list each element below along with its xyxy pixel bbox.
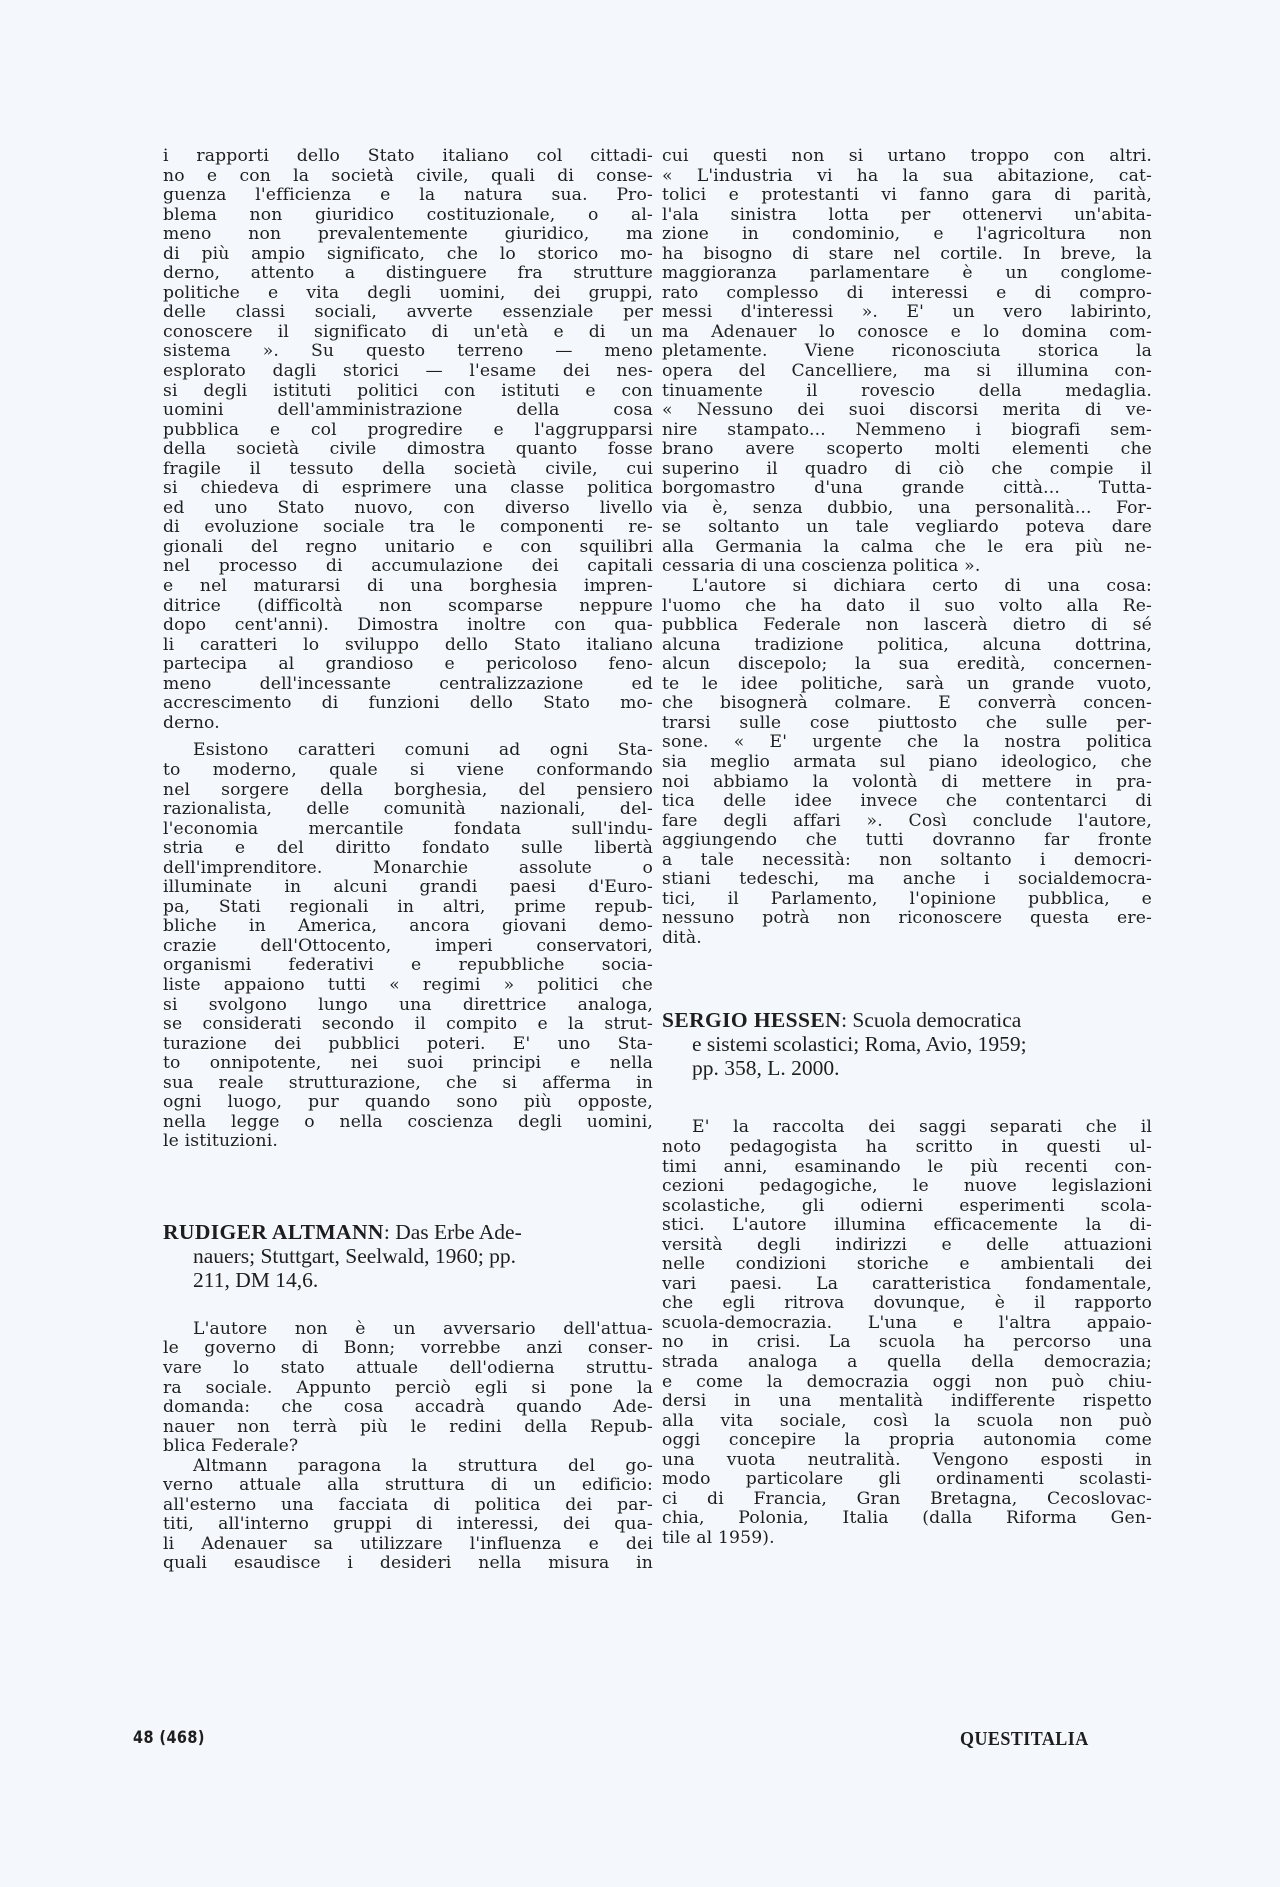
text-line: « Nessuno dei suoi discorsi merita di ve… <box>662 401 1152 421</box>
text-line: guenza l'efficienza e la natura sua. Pro… <box>163 186 653 206</box>
text-line: sua reale strutturazione, che si afferma… <box>163 1074 653 1094</box>
text-line: dersi in una mentalità indifferente risp… <box>662 1392 1152 1412</box>
text-line: razionalista, delle comunità nazionali, … <box>163 800 653 820</box>
text-line: ed uno Stato nuovo, con diverso livello <box>163 499 653 519</box>
text-line: uomini dell'amministrazione della cosa <box>163 401 653 421</box>
text-line: crazie dell'Ottocento, imperi conservato… <box>163 937 653 957</box>
left-column: i rapporti dello Stato italiano col citt… <box>163 147 653 1574</box>
text-line: sone. « E' urgente che la nostra politic… <box>662 733 1152 753</box>
text-line: dità. <box>662 929 1152 949</box>
text-line: illuminate in alcuni grandi paesi d'Euro… <box>163 878 653 898</box>
text-line: una vuota neutralità. Vengono esposti in <box>662 1451 1152 1471</box>
text-line: to onnipotente, nei suoi principi e nell… <box>163 1054 653 1074</box>
text-line: dopo cent'anni). Dimostra inoltre con qu… <box>163 616 653 636</box>
text-line: chia, Polonia, Italia (dalla Riforma Gen… <box>662 1509 1152 1529</box>
review-altmann-paragraph-2: Altmann paragona la struttura del go-ver… <box>163 1457 653 1574</box>
text-line: L'autore si dichiara certo di una cosa: <box>662 577 1152 597</box>
text-line: meno dell'incessante centralizzazione ed <box>163 675 653 695</box>
text-line: nel processo di accumulazione dei capita… <box>163 557 653 577</box>
text-line: nire stampato... Nemmeno i biografi sem- <box>662 421 1152 441</box>
text-line: derno, attento a distinguere fra struttu… <box>163 264 653 284</box>
review-author: SERGIO HESSEN <box>662 1008 841 1032</box>
text-line: oggi concepire la propria autonomia come <box>662 1431 1152 1451</box>
text-line: conoscere il significato di un'età e di … <box>163 323 653 343</box>
text-line: le governo di Bonn; vorrebbe anzi conser… <box>163 1339 653 1359</box>
text-line: noi abbiamo la volontà di mettere in pra… <box>662 773 1152 793</box>
text-line: ha bisogno di stare nel cortile. In brev… <box>662 245 1152 265</box>
right-column: cui questi non si urtano troppo con altr… <box>662 147 1152 1548</box>
text-line: sia meglio armata sul piano ideologico, … <box>662 753 1152 773</box>
text-line: E' la raccolta dei saggi separati che il <box>662 1118 1152 1138</box>
text-line: esplorato dagli storici — l'esame dei ne… <box>163 362 653 382</box>
text-line: che bisognerà colmare. E converrà concen… <box>662 694 1152 714</box>
text-line: dell'imprenditore. Monarchie assolute o <box>163 859 653 879</box>
text-line: a tale necessità: non soltanto i democri… <box>662 851 1152 871</box>
text-line: che egli ritrova dovunque, è il rapporto <box>662 1294 1152 1314</box>
text-line: « L'industria vi ha la sua abitazione, c… <box>662 167 1152 187</box>
text-line: blica Federale? <box>163 1437 653 1457</box>
text-line: nelle condizioni storiche e ambientali d… <box>662 1255 1152 1275</box>
text-line: l'economia mercantile fondata sull'indu- <box>163 820 653 840</box>
text-line: partecipa al grandioso e pericoloso feno… <box>163 655 653 675</box>
text-line: to moderno, quale si viene conformando <box>163 761 653 781</box>
text-line: e come la democrazia oggi non può chiu- <box>662 1373 1152 1393</box>
text-line: pubblica Federale non lascerà dietro di … <box>662 616 1152 636</box>
text-line: tici, il Parlamento, l'opinione pubblica… <box>662 890 1152 910</box>
text-line: scuola-democrazia. L'una e l'altra appai… <box>662 1314 1152 1334</box>
text-line: se soltanto un tale vegliardo poteva dar… <box>662 518 1152 538</box>
text-line: pletamente. Viene riconosciuta storica l… <box>662 342 1152 362</box>
text-line: liste appaiono tutti « regimi » politici… <box>163 976 653 996</box>
text-line: stria e del diritto fondato sulle libert… <box>163 839 653 859</box>
continued-paragraph: i rapporti dello Stato italiano col citt… <box>163 147 653 733</box>
text-line: cezioni pedagogiche, le nuove legislazio… <box>662 1177 1152 1197</box>
text-line: alla Germania la calma che le era più ne… <box>662 538 1152 558</box>
text-line: si degli istituti politici con istituti … <box>163 382 653 402</box>
review-altmann-continued: cui questi non si urtano troppo con altr… <box>662 147 1152 577</box>
text-line: stiani tedeschi, ma anche i socialdemocr… <box>662 870 1152 890</box>
text-line: i rapporti dello Stato italiano col citt… <box>163 147 653 167</box>
text-line: nauer non terrà più le redini della Repu… <box>163 1418 653 1438</box>
text-line: accrescimento di funzioni dello Stato mo… <box>163 694 653 714</box>
text-line: pubblica e col progredire e l'aggruppars… <box>163 421 653 441</box>
text-line: gionali del regno unitario e con squilib… <box>163 538 653 558</box>
text-line: messi d'interessi ». E' un vero labirint… <box>662 303 1152 323</box>
text-line: blema non giuridico costituzionale, o al… <box>163 206 653 226</box>
text-line: ci di Francia, Gran Bretagna, Cecoslovac… <box>662 1490 1152 1510</box>
text-line: versità degli indirizzi e delle attuazio… <box>662 1236 1152 1256</box>
text-line: nel sorgere della borghesia, del pensier… <box>163 781 653 801</box>
text-line: ditrice (difficoltà non scomparse neppur… <box>163 597 653 617</box>
text-line: della società civile dimostra quanto fos… <box>163 440 653 460</box>
text-line: Altmann paragona la struttura del go- <box>163 1457 653 1477</box>
text-line: sistema ». Su questo terreno — meno <box>163 342 653 362</box>
text-line: timi anni, esaminando le più recenti con… <box>662 1158 1152 1178</box>
text-line: scolastiche, gli odierni esperimenti sco… <box>662 1197 1152 1217</box>
text-line: alcuna tradizione politica, alcuna dottr… <box>662 636 1152 656</box>
text-line: pa, Stati regionali in altri, prime repu… <box>163 898 653 918</box>
text-line: no in crisi. La scuola ha percorso una <box>662 1333 1152 1353</box>
publication-title: QUESTITALIA <box>960 1728 1089 1751</box>
text-line: no e con la società civile, quali di con… <box>163 167 653 187</box>
text-line: organismi federativi e repubbliche socia… <box>163 956 653 976</box>
text-line: vari paesi. La caratteristica fondamenta… <box>662 1275 1152 1295</box>
review-altmann-paragraph-3: L'autore si dichiara certo di una cosa:l… <box>662 577 1152 948</box>
text-line: alla vita sociale, così la scuola non pu… <box>662 1412 1152 1432</box>
text-line: di più ampio significato, che lo storico… <box>163 245 653 265</box>
text-line: tica delle idee invece che contentarci d… <box>662 792 1152 812</box>
text-line: ogni luogo, pur quando sono più opposte, <box>163 1093 653 1113</box>
review-hessen-paragraph-1: E' la raccolta dei saggi separati che il… <box>662 1118 1152 1548</box>
text-line: borgomastro d'una grande città... Tutta- <box>662 479 1152 499</box>
text-line: vare lo stato attuale dell'odierna strut… <box>163 1359 653 1379</box>
text-line: Esistono caratteri comuni ad ogni Sta- <box>163 741 653 761</box>
text-line: zione in condominio, e l'agricoltura non <box>662 225 1152 245</box>
text-line: rato complesso di interessi e di compro- <box>662 284 1152 304</box>
text-line: si svolgono lungo una direttrice analoga… <box>163 996 653 1016</box>
text-line: noto pedagogista ha scritto in questi ul… <box>662 1138 1152 1158</box>
text-line: aggiungendo che tutti dovranno far front… <box>662 831 1152 851</box>
page-number: 48 (468) <box>133 1728 205 1748</box>
text-line: L'autore non è un avversario dell'attua- <box>163 1320 653 1340</box>
text-line: fare degli affari ». Così conclude l'aut… <box>662 812 1152 832</box>
text-line: turazione dei pubblici poteri. E' uno St… <box>163 1035 653 1055</box>
text-line: bliche in America, ancora giovani demo- <box>163 917 653 937</box>
text-line: meno non prevalentemente giuridico, ma <box>163 225 653 245</box>
text-line: all'esterno una facciata di politica dei… <box>163 1496 653 1516</box>
text-line: tolici e protestanti vi fanno gara di pa… <box>662 186 1152 206</box>
text-line: tile al 1959). <box>662 1529 1152 1549</box>
text-line: tinuamente il rovescio della medaglia. <box>662 382 1152 402</box>
text-line: l'ala sinistra lotta per ottenervi un'ab… <box>662 206 1152 226</box>
review-author: RUDIGER ALTMANN <box>163 1220 384 1244</box>
paragraph-modern-state: Esistono caratteri comuni ad ogni Sta-to… <box>163 741 653 1151</box>
text-line: nessuno potrà non riconoscere questa ere… <box>662 909 1152 929</box>
review-altmann-paragraph-1: L'autore non è un avversario dell'attua-… <box>163 1320 653 1457</box>
text-line: politiche e vita degli uomini, dei grupp… <box>163 284 653 304</box>
text-line: quali esaudisce i desideri nella misura … <box>163 1554 653 1574</box>
text-line: fragile il tessuto della società civile,… <box>163 460 653 480</box>
review-heading-altmann: RUDIGER ALTMANN: Das Erbe Ade- nauers; S… <box>163 1220 653 1292</box>
text-line: delle classi sociali, avverte essenziale… <box>163 303 653 323</box>
text-line: di evoluzione sociale tra le componenti … <box>163 518 653 538</box>
text-line: le istituzioni. <box>163 1132 653 1152</box>
text-line: e nel maturarsi di una borghesia impren- <box>163 577 653 597</box>
text-line: trarsi sulle cose piuttosto che sulle pe… <box>662 714 1152 734</box>
text-line: si chiedeva di esprimere una classe poli… <box>163 479 653 499</box>
review-heading-hessen: SERGIO HESSEN: Scuola democratica e sist… <box>662 1008 1152 1080</box>
text-line: derno. <box>163 714 653 734</box>
text-line: se considerati secondo il compito e la s… <box>163 1015 653 1035</box>
text-line: titi, all'interno gruppi di interessi, d… <box>163 1515 653 1535</box>
text-line: superino il quadro di ciò che compie il <box>662 460 1152 480</box>
text-line: opera del Cancelliere, ma si illumina co… <box>662 362 1152 382</box>
text-line: verno attuale alla struttura di un edifi… <box>163 1476 653 1496</box>
text-line: strada analoga a quella della democrazia… <box>662 1353 1152 1373</box>
text-line: li Adenauer sa utilizzare l'influenza e … <box>163 1535 653 1555</box>
text-line: cessaria di una coscienza politica ». <box>662 557 1152 577</box>
text-line: via è, senza dubbio, una personalità... … <box>662 499 1152 519</box>
text-line: domanda: che cosa accadrà quando Ade- <box>163 1398 653 1418</box>
text-line: brano avere scoperto molti elementi che <box>662 440 1152 460</box>
text-line: te le idee politiche, sarà un grande vuo… <box>662 675 1152 695</box>
text-line: li caratteri lo sviluppo dello Stato ita… <box>163 636 653 656</box>
text-line: maggioranza parlamentare è un conglome- <box>662 264 1152 284</box>
text-line: alcun discepolo; la sua eredità, concern… <box>662 655 1152 675</box>
text-line: modo particolare gli ordinamenti scolast… <box>662 1470 1152 1490</box>
text-line: ma Adenauer lo conosce e lo domina com- <box>662 323 1152 343</box>
text-line: stici. L'autore illumina efficacemente l… <box>662 1216 1152 1236</box>
text-line: cui questi non si urtano troppo con altr… <box>662 147 1152 167</box>
text-line: nella legge o nella coscienza degli uomi… <box>163 1113 653 1133</box>
text-line: l'uomo che ha dato il suo volto alla Re- <box>662 597 1152 617</box>
text-line: ra sociale. Appunto perciò egli si pone … <box>163 1379 653 1399</box>
